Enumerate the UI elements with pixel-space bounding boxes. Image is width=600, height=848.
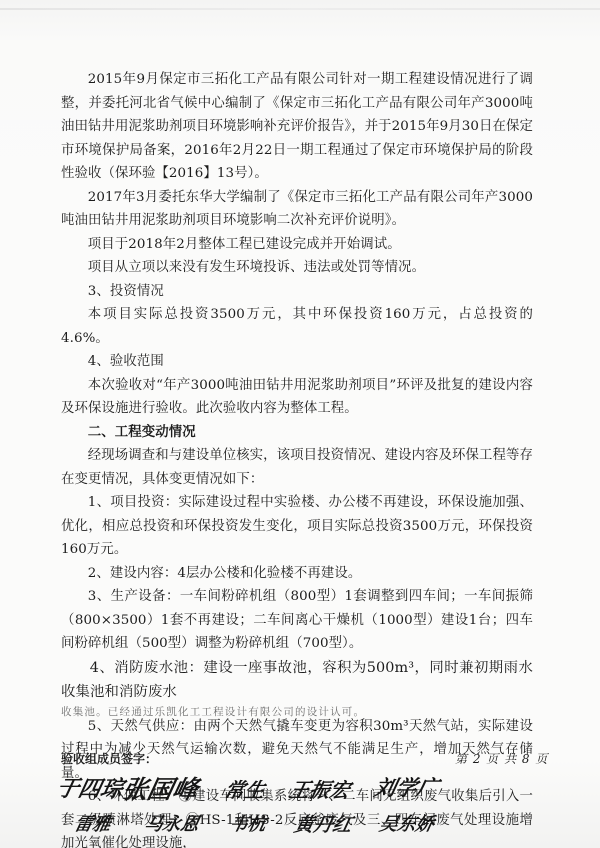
change-item-fire-water-pool: 4、消防废水池：建设一座事故池，容积为500m³，同时兼初期雨水收集池和消防废水 (61, 656, 533, 704)
paragraph-investment: 本项目实际总投资3500万元，其中环保投资160万元，占总投资的4.6%。 (61, 303, 533, 350)
change-item-construction: 2、建设内容：4层办公楼和化验楼不再建设。 (61, 562, 533, 586)
paragraph-acceptance-scope: 本次验收对“年产3000吨油田钻井用泥浆助剂项目”环评及批复的建设内容及环保设施… (61, 374, 533, 421)
signature: 常生 (222, 774, 268, 803)
paragraph-2015-adjustment: 2015年9月保定市三拓化工产品有限公司针对一期工程建设情况进行了调整，并委托河… (61, 68, 533, 186)
signers-label: 验收组成员签字： (61, 750, 157, 767)
signature: 韦杭 (227, 810, 269, 836)
paragraph-changes-intro: 经现场调查和与建设单位核实，该项目投资情况、建设内容及环保工程等存在变更情况，具… (61, 444, 533, 491)
document-body: 2015年9月保定市三拓化工产品有限公司针对一期工程建设情况进行了调整，并委托河… (61, 68, 533, 848)
paragraph-2017-supplement: 2017年3月委托东华大学编制了《保定市三拓化工产品有限公司年产3000吨油田钻… (61, 186, 533, 233)
section-acceptance-scope-heading: 4、验收范围 (61, 350, 533, 374)
scan-artifact-line (0, 8, 600, 10)
signature: 王振宏 (287, 774, 353, 803)
signature: 张国峰 (119, 770, 202, 806)
section-changes-heading: 二、工程变动情况 (61, 421, 533, 445)
signature: 于四琮 (54, 772, 127, 803)
signatures-area: 于四琮 张国峰 常生 王振宏 刘学广 雷雅 马永恩 韦杭 黄丹红 吴东娇 (55, 772, 575, 842)
document-page: 2015年9月保定市三拓化工产品有限公司针对一期工程建设情况进行了调整，并委托河… (0, 0, 600, 848)
page-number: 第 2 页 共 8 页 (455, 750, 548, 767)
signature: 刘学广 (372, 772, 441, 802)
paragraph-no-complaints: 项目从立项以来没有发生环境投诉、违法或处罚等情况。 (61, 256, 533, 280)
change-item-equipment: 3、生产设备：一车间粉碎机组（800型）1套调整到四车间；一车间振筛（800×3… (61, 585, 533, 656)
section-investment-heading: 3、投资情况 (61, 280, 533, 304)
signature: 吴东娇 (377, 810, 437, 836)
signature: 黄丹红 (292, 810, 355, 837)
change-item-investment: 1、项目投资：实际建设过程中实验楼、办公楼不再建设，环保设施加强、优化，相应总投… (61, 491, 533, 562)
change-item-fire-water-pool-continued: 收集池。已经通过乐凯化工工程设计有限公司的设计认可。 (61, 706, 533, 717)
paragraph-2018-completion: 项目于2018年2月整体工程已建设完成并开始调试。 (61, 233, 533, 257)
signature: 雷雅 (72, 810, 114, 836)
signature: 马永恩 (142, 810, 202, 836)
